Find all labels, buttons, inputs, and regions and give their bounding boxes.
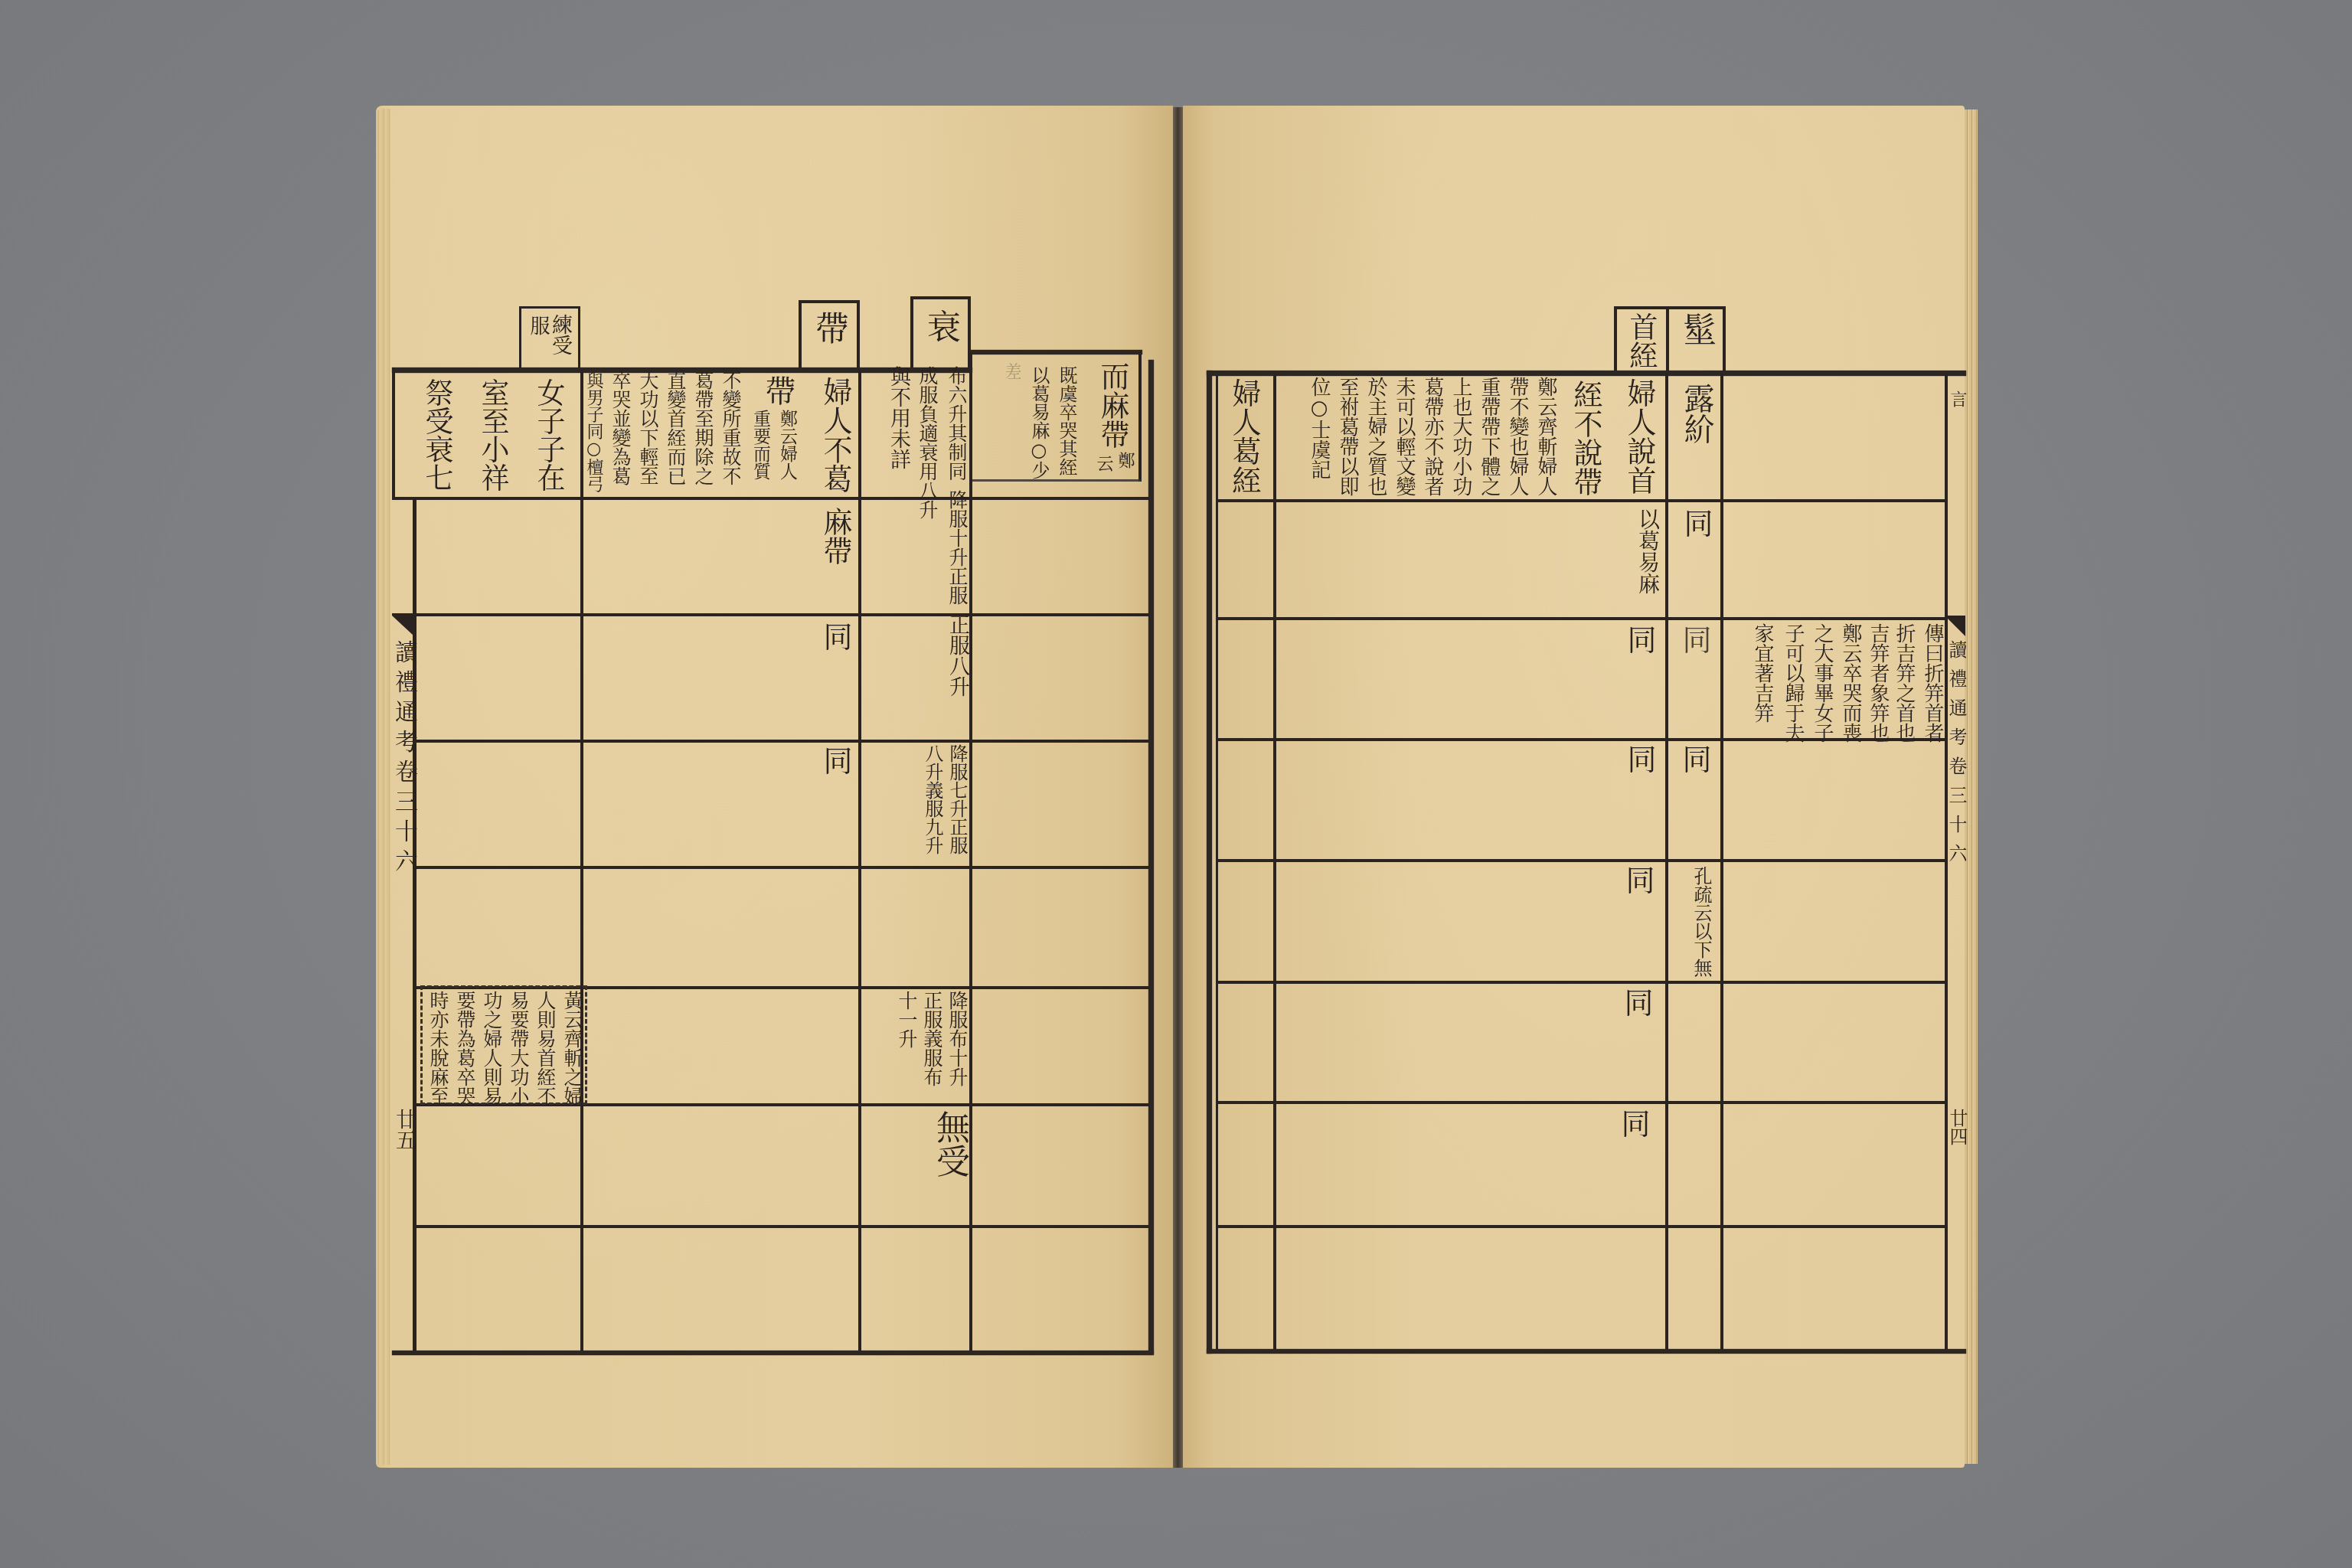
shou-die-header-note: 位○士虞記 <box>1309 377 1329 479</box>
shou-die-header-note: 於主婦之質也 <box>1366 377 1386 496</box>
right-note-line: 折吉笄之首也 <box>1894 623 1914 743</box>
ji-header: 露紒 <box>1681 383 1712 444</box>
right-note-line: 傳曰折笄首者 <box>1922 623 1942 743</box>
ji-cell-note: 孔疏云以下無 <box>1692 867 1710 977</box>
right-note-line: 子可以歸于夫 <box>1783 623 1803 743</box>
table-left-inner-rule <box>1216 375 1218 1351</box>
row-rule-3 <box>1216 859 1946 862</box>
shou-die-header-note: 鄭云齊斬婦人 <box>1536 377 1556 496</box>
column-header-divider <box>1666 306 1669 374</box>
ji-cell: 同 <box>1680 744 1709 773</box>
shou-die-cell: 同 <box>1625 625 1654 654</box>
ji-cell: 同 <box>1681 508 1710 537</box>
shou-die-cell: 同 <box>1625 744 1654 773</box>
shou-die-cell: 同 <box>1619 1109 1648 1138</box>
shou-die-header-main2: 絰不說帶 <box>1571 380 1600 496</box>
shou-die-header-note: 至祔葛帶以即 <box>1338 377 1357 496</box>
shou-die-cell: 同 <box>1623 865 1652 894</box>
shou-die-header-main: 婦人說首 <box>1625 378 1654 495</box>
page-number: 廿四 <box>1948 1109 1966 1145</box>
shou-die-header-note: 重帶帶下體之 <box>1479 377 1499 496</box>
ji-cell: 同 <box>1680 625 1709 654</box>
row-rule-0 <box>1216 499 1946 502</box>
table-left-frame <box>1207 371 1212 1354</box>
column-rule-ji-right <box>1720 373 1723 1351</box>
column-rule-left <box>1273 373 1276 1351</box>
right-note-line: 之大事畢女子 <box>1812 623 1832 743</box>
column-header-ji: 髽 <box>1679 312 1713 346</box>
shou-die-cell: 同 <box>1622 988 1651 1017</box>
right-page-content: 髽 首絰 言 讀禮通考卷三十六 廿四 婦人葛絰 婦人說首 絰不說帶 鄭云齊斬婦人… <box>0 0 2352 1568</box>
left-col-header: 婦人葛絰 <box>1230 378 1259 495</box>
row-rule-1 <box>1216 617 1946 620</box>
table-top-rule <box>1207 371 1966 376</box>
shou-die-header-note: 葛帶亦不說者 <box>1423 377 1442 496</box>
shou-die-header-note: 帶不變也婦人 <box>1508 377 1527 496</box>
row-rule-6 <box>1216 1225 1946 1228</box>
row-rule-2 <box>1216 738 1946 741</box>
column-rule-shou-die-ji <box>1665 373 1668 1351</box>
shou-die-header-note: 未可以輕文變 <box>1394 377 1414 496</box>
row-rule-4 <box>1216 981 1946 984</box>
shou-die-header-note: 上也大功小功 <box>1451 377 1471 496</box>
column-header-shou-die: 首絰 <box>1627 312 1655 369</box>
right-note-line: 吉笄者象笄也 <box>1868 623 1888 743</box>
row-rule-5 <box>1216 1101 1946 1104</box>
table-bottom-rule <box>1207 1349 1966 1354</box>
fishtail-mark-icon <box>1945 616 1965 636</box>
fold-top-mark: 言 <box>1949 390 1965 407</box>
right-note-line: 家宜著吉笄 <box>1753 623 1772 723</box>
fold-title: 讀禮通考卷三十六 <box>1947 640 1965 873</box>
shou-die-cell: 以葛易麻 <box>1637 508 1658 594</box>
right-note-line: 鄭云卒哭而喪 <box>1841 623 1860 743</box>
